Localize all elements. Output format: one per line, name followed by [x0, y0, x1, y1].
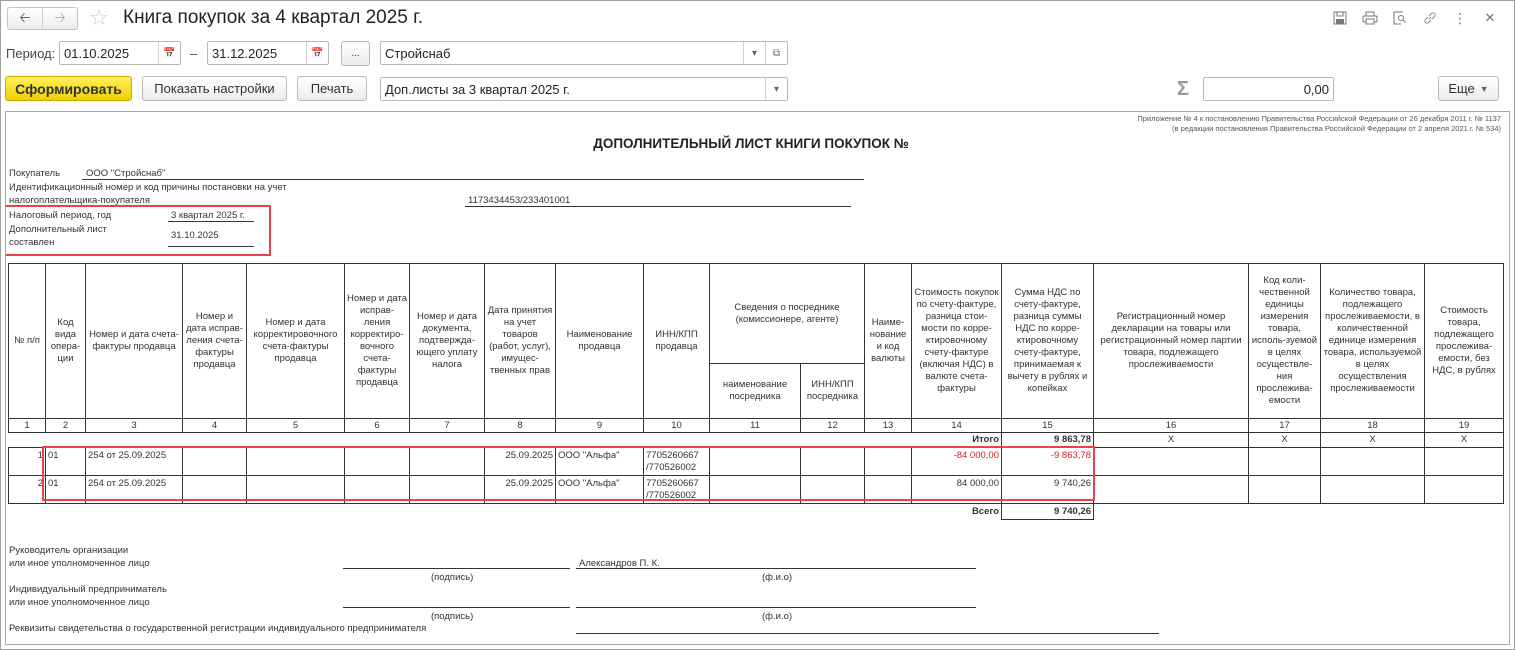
column-number: 6 — [345, 419, 410, 433]
column-number: 12 — [801, 419, 865, 433]
open-icon[interactable]: ⧉ — [765, 42, 787, 64]
invoice-number-date: 254 от 25.09.2025 — [86, 476, 183, 504]
header-c18: Количество товара, подлежащего прослежив… — [1321, 264, 1425, 419]
dropdown-arrow-icon: ▼ — [1480, 84, 1489, 94]
ip-fio-line — [576, 607, 976, 608]
header-c17: Код коли-чественной единицы измерения то… — [1249, 264, 1321, 419]
head-signature-caption: (подпись) — [431, 572, 473, 583]
back-arrow-icon[interactable]: 🡠 — [8, 8, 42, 29]
operation-code: 01 — [46, 476, 86, 504]
column-number: 15 — [1002, 419, 1094, 433]
empty-cell — [410, 448, 485, 476]
sheet-select-field[interactable]: Доп.листы за 3 квартал 2025 г. ▾ — [380, 77, 788, 101]
sheet-select-value: Доп.листы за 3 квартал 2025 г. — [385, 82, 765, 97]
sum-sigma-icon: Σ — [1177, 78, 1189, 101]
buyer-value: ООО "Стройснаб" — [86, 168, 165, 179]
column-numbers-row: 12345678910111213141516171819 — [9, 419, 1504, 433]
head-label-2: или иное уполномоченное лицо — [9, 558, 150, 569]
vat-amount: -9 863,78 — [1002, 448, 1094, 476]
column-number: 11 — [710, 419, 801, 433]
column-number: 2 — [46, 419, 86, 433]
row-number: 1 — [9, 448, 46, 476]
period-select-button[interactable]: ... — [341, 41, 370, 66]
report-document[interactable]: Приложение № 4 к постановлению Правитель… — [5, 111, 1510, 645]
column-number: 17 — [1249, 419, 1321, 433]
calendar-icon[interactable]: 📅 — [306, 42, 328, 64]
calendar-icon[interactable]: 📅 — [158, 42, 180, 64]
table-row[interactable]: 101254 от 25.09.202525.09.2025ООО "Альфа… — [9, 448, 1504, 476]
itogo-x-16: X — [1094, 433, 1249, 448]
empty-cell — [1094, 476, 1249, 504]
date-to-field[interactable]: 31.12.2025 📅 — [207, 41, 329, 65]
ip-requisites-line — [576, 633, 1159, 634]
table-row[interactable]: 201254 от 25.09.202525.09.2025ООО "Альфа… — [9, 476, 1504, 504]
itogo-x-17: X — [1249, 433, 1321, 448]
tax-period-label: Налоговый период, год — [9, 210, 111, 221]
inn: 7705260667 — [646, 478, 707, 490]
ip-label-2: или иное уполномоченное лицо — [9, 597, 150, 608]
navigation-group: 🡠 🡢 — [7, 7, 78, 30]
empty-cell — [1321, 448, 1425, 476]
inn-value: 1173434453/233401001 — [468, 195, 570, 206]
inn-underline — [465, 206, 851, 207]
inn-label-2: налогоплательщика-покупателя — [9, 195, 150, 206]
period-dash: – — [190, 46, 197, 61]
empty-cell — [247, 448, 345, 476]
more-icon[interactable]: ⋮ — [1445, 8, 1475, 28]
accept-date: 25.09.2025 — [485, 476, 556, 504]
forward-arrow-icon[interactable]: 🡢 — [42, 8, 77, 29]
generate-button[interactable]: Сформировать — [5, 76, 132, 101]
header-c15: Сумма НДС по счету-фактуре, разница сумм… — [1002, 264, 1094, 419]
header-c5: Номер и дата корректировочного счета-фак… — [247, 264, 345, 419]
column-number: 19 — [1425, 419, 1504, 433]
dropdown-arrow-icon[interactable]: ▾ — [743, 42, 765, 64]
empty-cell — [1321, 476, 1425, 504]
dropdown-arrow-icon[interactable]: ▾ — [765, 78, 787, 100]
header-c13: Наиме-нование и код валюты — [865, 264, 912, 419]
buyer-underline — [82, 179, 864, 180]
column-number: 9 — [556, 419, 644, 433]
header-c3: Номер и дата счета-фактуры продавца — [86, 264, 183, 419]
invoice-number-date: 254 от 25.09.2025 — [86, 448, 183, 476]
ip-fio-caption: (ф.и.о) — [762, 611, 792, 622]
window-toolbar: ⋮ ✕ — [1325, 8, 1505, 28]
organization-value: Стройснаб — [385, 46, 743, 61]
itogo-row: Итого 9 863,78 X X X X — [9, 433, 1504, 448]
favorite-star-icon[interactable]: ☆ — [89, 5, 109, 31]
empty-cell — [1425, 476, 1504, 504]
print-button[interactable]: Печать — [297, 76, 367, 101]
column-number: 8 — [485, 419, 556, 433]
vsego-c15: 9 740,26 — [1002, 504, 1094, 520]
empty-cell — [710, 476, 801, 504]
column-number: 18 — [1321, 419, 1425, 433]
itogo-x-18: X — [1321, 433, 1425, 448]
kpp: /770526002 — [646, 462, 707, 474]
itogo-c15: 9 863,78 — [1002, 433, 1094, 448]
vsego-row: Всего 9 740,26 — [9, 504, 1504, 520]
legal-note-2: (в редакции постановления Правительства … — [1172, 124, 1501, 133]
header-c4: Номер и дата исправ-ления счета-фактуры … — [183, 264, 247, 419]
empty-cell — [345, 448, 410, 476]
header-c7: Номер и дата документа, подтвержда-ющего… — [410, 264, 485, 419]
header-c8: Дата принятия на учет товаров (работ, ус… — [485, 264, 556, 419]
tax-period-value: 3 квартал 2025 г. — [171, 210, 245, 221]
inn: 7705260667 — [646, 450, 707, 462]
empty-cell — [1249, 448, 1321, 476]
row-number: 2 — [9, 476, 46, 504]
purchase-cost: 84 000,00 — [912, 476, 1002, 504]
header-c12: ИНН/КПП посредника — [801, 364, 865, 419]
sum-value: 0,00 — [1304, 82, 1329, 97]
header-c10: ИНН/КПП продавца — [644, 264, 710, 419]
header-c11: наименование посредника — [710, 364, 801, 419]
column-number: 4 — [183, 419, 247, 433]
more-button[interactable]: Еще ▼ — [1438, 76, 1499, 101]
ip-signature-caption: (подпись) — [431, 611, 473, 622]
sheet-made-label-2: составлен — [9, 237, 54, 248]
empty-cell — [865, 476, 912, 504]
empty-cell — [183, 476, 247, 504]
seller-inn-kpp: 7705260667/770526002 — [644, 448, 710, 476]
header-c19: Стоимость товара, подлежащего прослежива… — [1425, 264, 1504, 419]
itogo-x-19: X — [1425, 433, 1504, 448]
organization-field[interactable]: Стройснаб ▾ ⧉ — [380, 41, 788, 65]
header-c9: Наименование продавца — [556, 264, 644, 419]
print-icon[interactable] — [1355, 8, 1385, 28]
more-button-label: Еще — [1448, 81, 1474, 96]
operation-code: 01 — [46, 448, 86, 476]
ip-requisites-label: Реквизиты свидетельства о государственно… — [9, 623, 426, 634]
accept-date: 25.09.2025 — [485, 448, 556, 476]
period-label: Период: — [6, 46, 55, 61]
seller-name: ООО "Альфа" — [556, 476, 644, 504]
column-number: 14 — [912, 419, 1002, 433]
inn-label-1: Идентификационный номер и код причины по… — [9, 182, 287, 193]
empty-cell — [1425, 448, 1504, 476]
vsego-label: Всего — [912, 504, 1002, 520]
empty-cell — [345, 476, 410, 504]
document-title: ДОПОЛНИТЕЛЬНЫЙ ЛИСТ КНИГИ ПОКУПОК № — [6, 136, 1496, 151]
itogo-label: Итого — [912, 433, 1002, 448]
column-number: 5 — [247, 419, 345, 433]
buyer-label: Покупатель — [9, 168, 60, 179]
empty-cell — [865, 448, 912, 476]
show-settings-button[interactable]: Показать настройки — [142, 76, 287, 101]
purchase-book-table: № п/п Код вида опера-ции Номер и дата сч… — [8, 263, 1504, 520]
header-c11-12: Сведения о посреднике (комиссионере, аге… — [710, 264, 865, 364]
empty-cell — [183, 448, 247, 476]
empty-cell — [801, 476, 865, 504]
preview-icon[interactable] — [1385, 8, 1415, 28]
column-number: 10 — [644, 419, 710, 433]
ip-signature-line — [343, 607, 570, 608]
head-signature-line — [343, 568, 570, 569]
link-icon[interactable] — [1415, 8, 1445, 28]
header-c14: Стоимость покупок по счету-фактуре, разн… — [912, 264, 1002, 419]
ip-label-1: Индивидуальный предприниматель — [9, 584, 167, 595]
header-c2: Код вида опера-ции — [46, 264, 86, 419]
header-c6: Номер и дата исправ-ления корректиро-воч… — [345, 264, 410, 419]
close-icon[interactable]: ✕ — [1475, 8, 1505, 28]
column-number: 16 — [1094, 419, 1249, 433]
column-number: 7 — [410, 419, 485, 433]
date-from-value: 01.10.2025 — [64, 46, 158, 61]
header-c1: № п/п — [9, 264, 46, 419]
vat-amount: 9 740,26 — [1002, 476, 1094, 504]
date-from-field[interactable]: 01.10.2025 📅 — [59, 41, 181, 65]
save-icon[interactable] — [1325, 8, 1355, 28]
head-label-1: Руководитель организации — [9, 545, 128, 556]
header-c16: Регистрационный номер декларации на това… — [1094, 264, 1249, 419]
empty-cell — [710, 448, 801, 476]
empty-cell — [1094, 448, 1249, 476]
sheet-made-value: 31.10.2025 — [171, 230, 219, 241]
empty-cell — [410, 476, 485, 504]
head-fio-line — [576, 568, 976, 569]
date-to-value: 31.12.2025 — [212, 46, 306, 61]
sum-field: 0,00 — [1203, 77, 1334, 101]
column-number: 13 — [865, 419, 912, 433]
window-title: Книга покупок за 4 квартал 2025 г. — [123, 7, 423, 29]
sheet-made-underline — [168, 246, 254, 247]
seller-inn-kpp: 7705260667/770526002 — [644, 476, 710, 504]
empty-cell — [247, 476, 345, 504]
kpp: /770526002 — [646, 490, 707, 502]
column-number: 3 — [86, 419, 183, 433]
sheet-made-label-1: Дополнительный лист — [9, 224, 107, 235]
legal-note-1: Приложение № 4 к постановлению Правитель… — [1137, 114, 1501, 123]
purchase-cost: -84 000,00 — [912, 448, 1002, 476]
seller-name: ООО "Альфа" — [556, 448, 644, 476]
column-number: 1 — [9, 419, 46, 433]
tax-period-underline — [168, 221, 254, 222]
empty-cell — [1249, 476, 1321, 504]
empty-cell — [801, 448, 865, 476]
head-fio-caption: (ф.и.о) — [762, 572, 792, 583]
